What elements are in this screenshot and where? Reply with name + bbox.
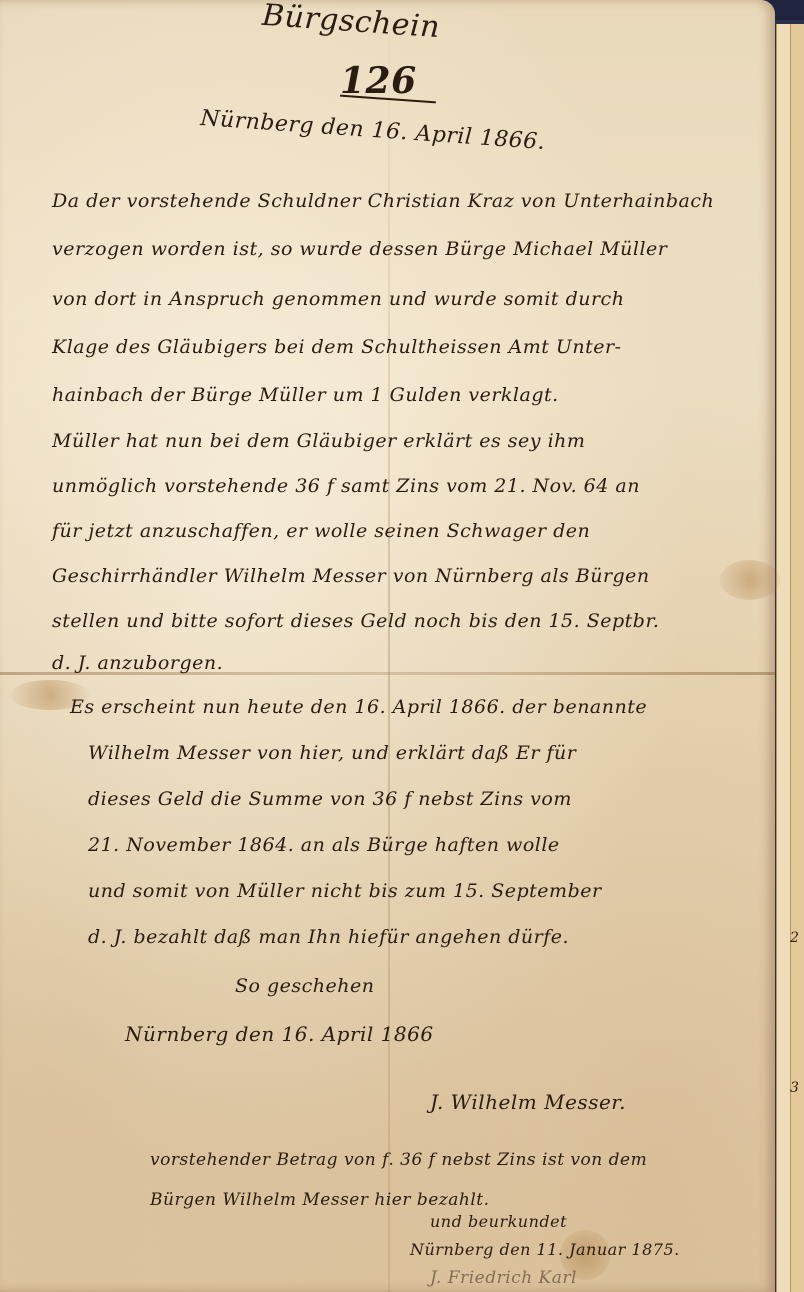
body-line: d. J. bezahlt daß man Ihn hiefür angehen…	[88, 926, 569, 948]
body-line: Wilhelm Messer von hier, und erklärt daß…	[88, 742, 576, 764]
paper-stain	[720, 560, 780, 600]
body-line: Müller hat nun bei dem Gläubiger erklärt…	[52, 430, 585, 452]
place-date: Nürnberg den 16. April 1866.	[200, 106, 546, 155]
closing-place-date: Nürnberg den 16. April 1866	[125, 1022, 434, 1046]
margin-mark: 3	[790, 1080, 799, 1096]
margin-mark: 2	[790, 930, 799, 946]
body-line: unmöglich vorstehende 36 f samt Zins vom…	[52, 475, 640, 497]
body-line: d. J. anzuborgen.	[52, 652, 223, 674]
final-signature: J. Friedrich Karl	[430, 1268, 577, 1288]
later-note-line: Bürgen Wilhelm Messer hier bezahlt.	[150, 1190, 490, 1210]
body-line: hainbach der Bürge Müller um 1 Gulden ve…	[52, 384, 559, 406]
body-line: von dort in Anspruch genommen und wurde …	[52, 288, 624, 310]
body-line: Da der vorstehende Schuldner Christian K…	[52, 190, 714, 212]
body-line: verzogen worden ist, so wurde dessen Bür…	[52, 238, 667, 260]
body-line: Es erscheint nun heute den 16. April 186…	[70, 696, 647, 718]
certification: und beurkundet	[430, 1212, 567, 1231]
document-title: Bürgschein	[261, 0, 441, 45]
document-page: Bürgschein 126 Nürnberg den 16. April 18…	[0, 0, 775, 1292]
closing-phrase: So geschehen	[235, 975, 375, 997]
page-stack-edge	[776, 24, 791, 1292]
body-line: stellen und bitte sofort dieses Geld noc…	[52, 610, 659, 632]
body-line: Geschirrhändler Wilhelm Messer von Nürnb…	[52, 565, 650, 587]
body-line: dieses Geld die Summe von 36 f nebst Zin…	[88, 788, 572, 810]
body-line: und somit von Müller nicht bis zum 15. S…	[88, 880, 602, 902]
body-line: Klage des Gläubigers bei dem Schultheiss…	[52, 336, 622, 358]
certification-place-date: Nürnberg den 11. Januar 1875.	[410, 1240, 680, 1259]
body-line: 21. November 1864. an als Bürge haften w…	[88, 834, 560, 856]
body-line: für jetzt anzuschaffen, er wolle seinen …	[52, 520, 590, 542]
signature: J. Wilhelm Messer.	[430, 1090, 626, 1114]
later-note-line: vorstehender Betrag von f. 36 f nebst Zi…	[150, 1150, 647, 1170]
page-stack-edge	[790, 24, 804, 1292]
